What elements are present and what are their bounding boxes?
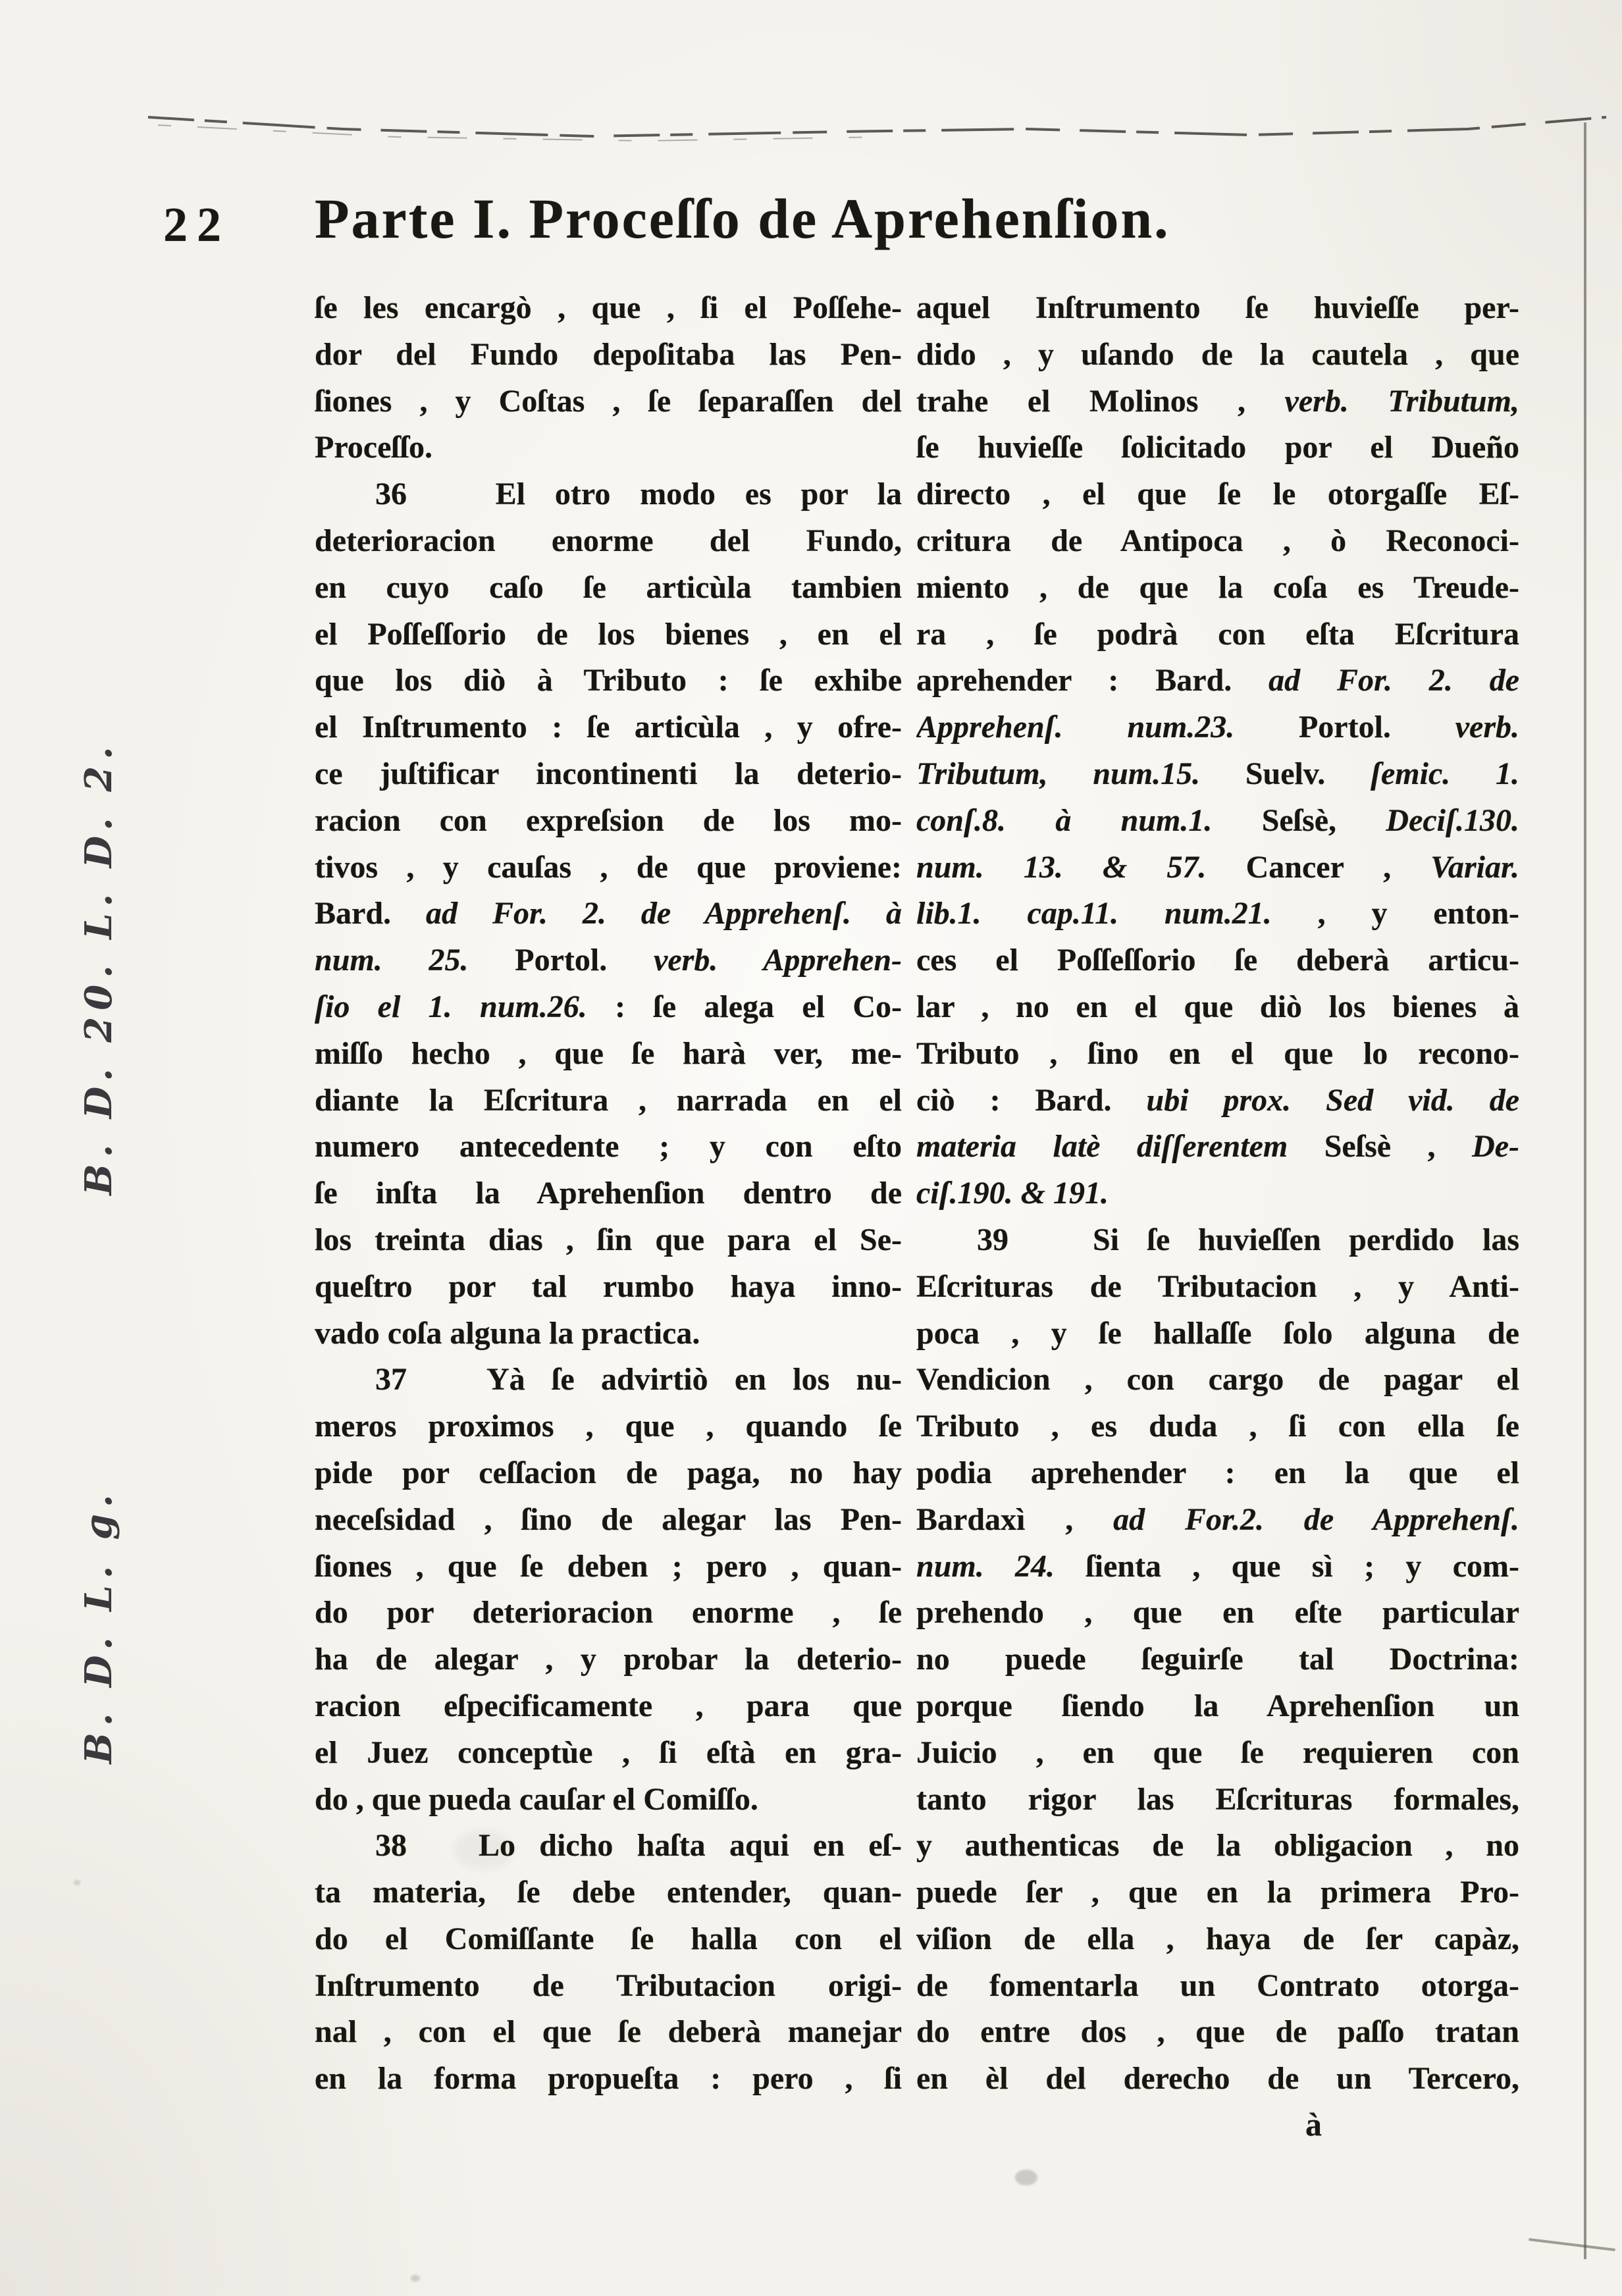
scan-speckle xyxy=(1015,2170,1037,2185)
body-text: critura de Antipoca , ò Reconoci- xyxy=(916,523,1519,558)
citation-italic-text: ad For. 2. de xyxy=(1269,663,1519,698)
text-line: Bardaxì , ad For.2. de Apprehenſ. xyxy=(916,1497,1519,1544)
text-line: ſiones , y Coſtas , ſe ſeparaſſen del xyxy=(315,378,902,425)
body-text: miento , de que la coſa es Treude- xyxy=(916,570,1519,605)
text-line: ciò : Bard. ubi prox. Sed vid. de xyxy=(916,1078,1519,1124)
text-line: ha de alegar , y probar la deterio- xyxy=(315,1636,902,1683)
body-text: de fomentarla un Contrato otorga- xyxy=(916,1968,1519,2003)
text-line: poca , y ſe hallaſſe ſolo alguna de xyxy=(916,1311,1519,1357)
body-text: numero antecedente ; y con eſto xyxy=(315,1129,902,1164)
handwritten-marginalia-lower: B. D. L. g. xyxy=(77,1488,120,1764)
scan-artifact-right-edge xyxy=(1584,122,1586,2259)
scan-speckle xyxy=(74,1880,80,1885)
text-line: tanto rigor las Eſcrituras formales, xyxy=(916,1777,1519,1823)
body-text: y authenticas de la obligacion , no xyxy=(916,1828,1519,1863)
text-line: neceſsidad , ſino de alegar las Pen- xyxy=(315,1497,902,1544)
body-text: puede ſer , que en la primera Pro- xyxy=(916,1875,1519,1910)
text-line: puede ſer , que en la primera Pro- xyxy=(916,1869,1519,1916)
citation-italic-text: num. 24. xyxy=(916,1549,1086,1584)
body-text: pide por ceſſacion de paga, no hay xyxy=(315,1455,902,1490)
text-line: critura de Antipoca , ò Reconoci- xyxy=(916,518,1519,565)
text-line: meros proximos , que , quando ſe xyxy=(315,1403,902,1450)
body-text: Bard. xyxy=(315,896,426,931)
body-text: podia aprehender : en la que el xyxy=(916,1455,1519,1490)
body-text: 37 Yà ſe advirtiò en los nu- xyxy=(375,1362,902,1397)
body-text: en cuyo caſo ſe articùla tambien xyxy=(315,570,902,605)
running-title: Parte I. Proceſſo de Aprehenſion. xyxy=(315,186,1289,251)
text-line: diante la Eſcritura , narrada en el xyxy=(315,1078,902,1124)
citation-italic-text: lib.1. cap.11. num.21. xyxy=(916,896,1318,931)
body-text: en èl del derecho de un Tercero, xyxy=(916,2061,1519,2096)
citation-italic-text: Variar. xyxy=(1430,850,1519,885)
body-text: ha de alegar , y probar la deterio- xyxy=(315,1642,902,1677)
body-text: nal , con el que ſe deberà manejar xyxy=(315,2014,902,2049)
body-text: Portol. xyxy=(515,943,654,978)
left-text-column: ſe les encargò , que , ſi el Poſſehe-dor… xyxy=(315,285,902,2102)
text-line: do , que pueda cauſar el Comiſſo. xyxy=(315,1777,902,1823)
text-line: Proceſſo. xyxy=(315,425,902,471)
body-text: en la forma propueſta : pero , ſi xyxy=(315,2061,902,2096)
body-text: 38 Lo dicho haſta aqui en eſ- xyxy=(375,1828,902,1863)
citation-italic-text: ad For. 2. de Apprehenſ. à xyxy=(426,896,902,931)
body-text: racion eſpecificamente , para que xyxy=(315,1688,902,1723)
body-text: Cancer , xyxy=(1246,850,1431,885)
text-line: ſio el 1. num.26. : ſe alega el Co- xyxy=(315,984,902,1031)
text-line: queſtro por tal rumbo haya inno- xyxy=(315,1264,902,1311)
text-line: Apprehenſ. num.23. Portol. verb. xyxy=(916,704,1519,751)
body-text: directo , el que ſe le otorgaſſe Eſ- xyxy=(916,477,1519,511)
citation-italic-text: De- xyxy=(1472,1129,1519,1164)
citation-italic-text: num. 13. & 57. xyxy=(916,850,1246,885)
citation-italic-text: Tributum, num.15. xyxy=(916,756,1245,791)
text-line: miſſo hecho , que ſe harà ver, me- xyxy=(315,1031,902,1078)
text-line: ce juſtificar incontinenti la deterio- xyxy=(315,751,902,798)
text-line: Juicio , en que ſe requieren con xyxy=(916,1730,1519,1777)
body-text: diante la Eſcritura , narrada en el xyxy=(315,1083,902,1118)
body-text: Inſtrumento de Tributacion origi- xyxy=(315,1968,902,2003)
text-line: num. 25. Portol. verb. Apprehen- xyxy=(315,937,902,984)
body-text: deterioracion enorme del Fundo, xyxy=(315,523,902,558)
right-text-column: aquel Inſtrumento ſe huvieſſe per-dido ,… xyxy=(916,285,1519,2102)
citation-italic-text: verb. Tributum, xyxy=(1285,384,1519,419)
citation-italic-text: Deciſ.130. xyxy=(1386,803,1519,838)
body-text: lar , no en el que diò los bienes à xyxy=(916,989,1519,1024)
text-line: do el Comiſſante ſe halla con el xyxy=(315,1916,902,1963)
text-line: podia aprehender : en la que el xyxy=(916,1450,1519,1497)
body-text: poca , y ſe hallaſſe ſolo alguna de xyxy=(916,1316,1519,1351)
body-text: Seſsè, xyxy=(1262,803,1386,838)
text-line: prehendo , que en eſte particular xyxy=(916,1590,1519,1636)
body-text: ciò : Bard. xyxy=(916,1083,1147,1118)
scan-artifact-top-line xyxy=(0,0,1622,171)
body-text: racion con expreſsion de los mo- xyxy=(315,803,902,838)
body-text: tanto rigor las Eſcrituras formales, xyxy=(916,1782,1519,1817)
body-text: ſienta , que sì ; y com- xyxy=(1086,1549,1519,1584)
catchword: à xyxy=(916,2105,1519,2143)
text-line: pide por ceſſacion de paga, no hay xyxy=(315,1450,902,1497)
body-text: dor del Fundo depoſitaba las Pen- xyxy=(315,337,902,372)
body-text: Proceſſo. xyxy=(315,430,432,465)
text-line: porque ſiendo la Aprehenſion un xyxy=(916,1683,1519,1730)
body-text: ſe inſta la Aprehenſion dentro de xyxy=(315,1176,902,1211)
text-line: trahe el Molinos , verb. Tributum, xyxy=(916,378,1519,425)
citation-italic-text: ad For.2. de Apprehenſ. xyxy=(1113,1502,1519,1537)
body-text: porque ſiendo la Aprehenſion un xyxy=(916,1688,1519,1723)
text-line: Tributo , es duda , ſi con ella ſe xyxy=(916,1403,1519,1450)
body-text: tivos , y cauſas , de que proviene: xyxy=(315,850,902,885)
body-text: prehendo , que en eſte particular xyxy=(916,1595,1519,1630)
body-text: aquel Inſtrumento ſe huvieſſe per- xyxy=(916,290,1519,325)
text-line: do por deterioracion enorme , ſe xyxy=(315,1590,902,1636)
text-line: Tributum, num.15. Suelv. ſemic. 1. xyxy=(916,751,1519,798)
body-text: Juicio , en que ſe requieren con xyxy=(916,1735,1519,1770)
citation-italic-text: verb. xyxy=(1455,710,1519,744)
body-text: el Inſtrumento : ſe articùla , y ofre- xyxy=(315,710,902,744)
text-line: Inſtrumento de Tributacion origi- xyxy=(315,1963,902,2010)
body-text: viſion de ella , haya de ſer capàz, xyxy=(916,1921,1519,1956)
body-text: el Juez conceptùe , ſi eſtà en gra- xyxy=(315,1735,902,1770)
body-text: ce juſtificar incontinenti la deterio- xyxy=(315,756,902,791)
text-line: Eſcrituras de Tributacion , y Anti- xyxy=(916,1264,1519,1311)
body-text: ces el Poſſeſſorio ſe deberà articu- xyxy=(916,943,1519,978)
text-line: ſe huvieſſe ſolicitado por el Dueño xyxy=(916,425,1519,471)
text-line: ſe les encargò , que , ſi el Poſſehe- xyxy=(315,285,902,332)
body-text: Vendicion , con cargo de pagar el xyxy=(916,1362,1519,1397)
text-line: y authenticas de la obligacion , no xyxy=(916,1823,1519,1869)
body-text: do el Comiſſante ſe halla con el xyxy=(315,1921,902,1956)
citation-italic-text: conſ.8. à num.1. xyxy=(916,803,1262,838)
text-line: 38 Lo dicho haſta aqui en eſ- xyxy=(315,1823,902,1869)
text-line: en la forma propueſta : pero , ſi xyxy=(315,2056,902,2102)
body-text: ſe les encargò , que , ſi el Poſſehe- xyxy=(315,290,902,325)
body-text: Eſcrituras de Tributacion , y Anti- xyxy=(916,1269,1519,1304)
citation-italic-text: Apprehenſ. num.23. xyxy=(916,710,1299,744)
text-line: numero antecedente ; y con eſto xyxy=(315,1124,902,1170)
text-line: aquel Inſtrumento ſe huvieſſe per- xyxy=(916,285,1519,332)
text-line: deterioracion enorme del Fundo, xyxy=(315,518,902,565)
text-line: num. 13. & 57. Cancer , Variar. xyxy=(916,845,1519,891)
body-text: do , que pueda cauſar el Comiſſo. xyxy=(315,1782,758,1817)
citation-italic-text: ſio el 1. num.26. xyxy=(315,989,615,1024)
body-text: dido , y uſando de la cautela , que xyxy=(916,337,1519,372)
body-text: los treinta dias , ſin que para el Se- xyxy=(315,1222,902,1257)
body-text: 39 Si ſe huvieſſen perdido las xyxy=(977,1222,1519,1257)
citation-italic-text: materia latè diſſerentem xyxy=(916,1129,1324,1164)
text-line: ſe inſta la Aprehenſion dentro de xyxy=(315,1170,902,1217)
body-text: ta materia, ſe debe entender, quan- xyxy=(315,1875,902,1910)
body-text: do por deterioracion enorme , ſe xyxy=(315,1595,902,1630)
body-text: Bardaxì , xyxy=(916,1502,1113,1537)
body-text: aprehender : Bard. xyxy=(916,663,1269,698)
text-line: vado coſa alguna la practica. xyxy=(315,1311,902,1357)
body-text: vado coſa alguna la practica. xyxy=(315,1316,700,1351)
text-line: viſion de ella , haya de ſer capàz, xyxy=(916,1916,1519,1963)
body-text: miſſo hecho , que ſe harà ver, me- xyxy=(315,1036,902,1071)
text-line: Tributo , ſino en el que lo recono- xyxy=(916,1031,1519,1078)
text-line: racion eſpecificamente , para que xyxy=(315,1683,902,1730)
body-text: que los diò à Tributo : ſe exhibe xyxy=(315,663,902,698)
text-line: que los diò à Tributo : ſe exhibe xyxy=(315,658,902,704)
text-line: materia latè diſſerentem Seſsè , De- xyxy=(916,1124,1519,1170)
text-line: lar , no en el que diò los bienes à xyxy=(916,984,1519,1031)
body-text: Portol. xyxy=(1299,710,1455,744)
text-line: num. 24. ſienta , que sì ; y com- xyxy=(916,1544,1519,1590)
text-line: 36 El otro modo es por la xyxy=(315,471,902,518)
text-line: aprehender : Bard. ad For. 2. de xyxy=(916,658,1519,704)
text-line: tivos , y cauſas , de que proviene: xyxy=(315,845,902,891)
text-line: 37 Yà ſe advirtiò en los nu- xyxy=(315,1357,902,1403)
citation-italic-text: ſemic. 1. xyxy=(1371,756,1519,791)
text-line: ſiones , que ſe deben ; pero , quan- xyxy=(315,1544,902,1590)
text-line: lib.1. cap.11. num.21. , y enton- xyxy=(916,891,1519,937)
text-line: nal , con el que ſe deberà manejar xyxy=(315,2009,902,2056)
text-line: dor del Fundo depoſitaba las Pen- xyxy=(315,332,902,378)
body-text: ſiones , y Coſtas , ſe ſeparaſſen del xyxy=(315,384,902,419)
citation-italic-text: ubi prox. Sed vid. de xyxy=(1147,1083,1519,1118)
text-line: los treinta dias , ſin que para el Se- xyxy=(315,1217,902,1264)
scan-artifact-bottom-mark xyxy=(1529,2238,1615,2251)
body-text: trahe el Molinos , xyxy=(916,384,1285,419)
text-line: racion con expreſsion de los mo- xyxy=(315,798,902,845)
body-text: Suelv. xyxy=(1245,756,1371,791)
text-line: directo , el que ſe le otorgaſſe Eſ- xyxy=(916,471,1519,518)
body-text: ſiones , que ſe deben ; pero , quan- xyxy=(315,1549,902,1584)
text-line: en èl del derecho de un Tercero, xyxy=(916,2056,1519,2102)
text-line: en cuyo caſo ſe articùla tambien xyxy=(315,565,902,612)
body-text: neceſsidad , ſino de alegar las Pen- xyxy=(315,1502,902,1537)
text-line: ces el Poſſeſſorio ſe deberà articu- xyxy=(916,937,1519,984)
text-line: el Poſſeſſorio de los bienes , en el xyxy=(315,612,902,658)
body-text: Seſsè , xyxy=(1324,1129,1472,1164)
body-text: : ſe alega el Co- xyxy=(615,989,902,1024)
body-text: 36 El otro modo es por la xyxy=(375,477,902,511)
body-text: el Poſſeſſorio de los bienes , en el xyxy=(315,617,902,652)
body-text: ra , ſe podrà con eſta Eſcritura xyxy=(916,617,1519,652)
citation-italic-text: verb. Apprehen- xyxy=(654,943,902,978)
text-line: el Juez conceptùe , ſi eſtà en gra- xyxy=(315,1730,902,1777)
citation-italic-text: num. 25. xyxy=(315,943,515,978)
text-line: ciſ.190. & 191. xyxy=(916,1170,1519,1217)
text-line: miento , de que la coſa es Treude- xyxy=(916,565,1519,612)
text-line: do entre dos , que de paſſo tratan xyxy=(916,2009,1519,2056)
text-line: ta materia, ſe debe entender, quan- xyxy=(315,1869,902,1916)
body-text: , y enton- xyxy=(1318,896,1519,931)
body-text: do entre dos , que de paſſo tratan xyxy=(916,2014,1519,2049)
body-text: Tributo , es duda , ſi con ella ſe xyxy=(916,1409,1519,1444)
body-text: Tributo , ſino en el que lo recono- xyxy=(916,1036,1519,1071)
text-line: ra , ſe podrà con eſta Eſcritura xyxy=(916,612,1519,658)
handwritten-marginalia-upper: B. D. 20. L. D. 2. xyxy=(77,740,120,1195)
text-line: no puede ſeguirſe tal Doctrina: xyxy=(916,1636,1519,1683)
text-line: Vendicion , con cargo de pagar el xyxy=(916,1357,1519,1403)
body-text: no puede ſeguirſe tal Doctrina: xyxy=(916,1642,1519,1677)
page-background: 22 Parte I. Proceſſo de Aprehenſion. B. … xyxy=(0,0,1622,2296)
page-number: 22 xyxy=(163,197,230,253)
body-text: meros proximos , que , quando ſe xyxy=(315,1409,902,1444)
text-line: conſ.8. à num.1. Seſsè, Deciſ.130. xyxy=(916,798,1519,845)
text-line: 39 Si ſe huvieſſen perdido las xyxy=(916,1217,1519,1264)
body-text: queſtro por tal rumbo haya inno- xyxy=(315,1269,902,1304)
body-text: ſe huvieſſe ſolicitado por el Dueño xyxy=(916,430,1519,465)
text-line: de fomentarla un Contrato otorga- xyxy=(916,1963,1519,2010)
citation-italic-text: ciſ.190. & 191. xyxy=(916,1176,1109,1211)
text-line: Bard. ad For. 2. de Apprehenſ. à xyxy=(315,891,902,937)
scanned-book-page: { "page": { "number": "22", "running_tit… xyxy=(0,0,1622,2296)
scan-speckle xyxy=(411,2275,420,2282)
text-line: el Inſtrumento : ſe articùla , y ofre- xyxy=(315,704,902,751)
text-line: dido , y uſando de la cautela , que xyxy=(916,332,1519,378)
